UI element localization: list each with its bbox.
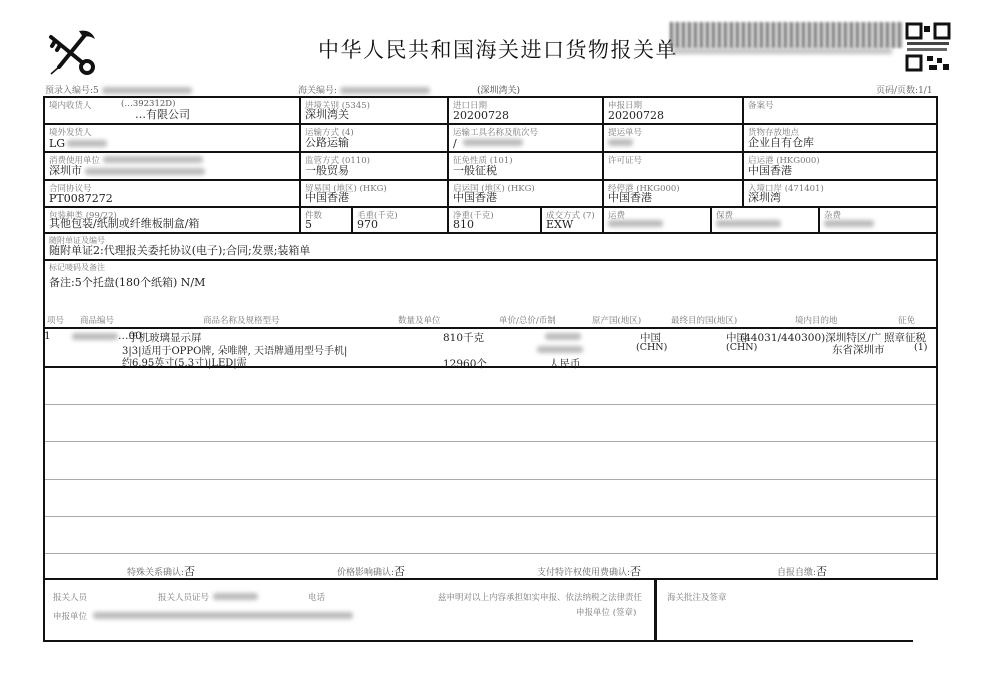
item-qty-2: 12960个 [443, 356, 487, 371]
trade-country-cell: 贸易国 (地区) (HKG) 中国香港 [301, 181, 447, 206]
barcode-icon [670, 22, 902, 48]
transit-port-cell: 经停港 (HKG000) 中国香港 [604, 181, 742, 206]
record-no-cell: 备案号 [744, 98, 936, 123]
col-quantity: 数量及单位 [398, 314, 441, 326]
license-cell: 许可证号 [604, 153, 742, 179]
royalty-confirm: 支付特许权使用费确认:否 [537, 563, 641, 579]
misc-fee-cell: 杂费 [820, 208, 936, 232]
china-customs-emblem-icon [45, 27, 97, 75]
net-weight-cell: 净重(千克) 810 [449, 208, 540, 232]
transport-mode-cell: 运输方式 (4) 公路运输 [301, 125, 447, 151]
bill-no-cell: 提运单号 [604, 125, 742, 151]
shipper-cell: 境外发货人 LG [45, 125, 299, 151]
col-tax: 征免 [898, 314, 915, 326]
trade-terms-cell: 成交方式 (7) EXW [542, 208, 602, 232]
col-code: 商品编号 [80, 314, 114, 326]
declare-date-cell: 申报日期 20200728 [604, 98, 742, 123]
col-origin: 原产国(地区) [592, 314, 641, 326]
customs-number: 海关编号: [298, 83, 430, 96]
item-qty-1: 810千克 [443, 330, 484, 345]
col-price: 单价/总价/币制 [499, 314, 556, 326]
item-currency: 人民币 [549, 356, 581, 371]
customs-approval-section: 海关批注及签章 [655, 578, 913, 642]
col-name-spec: 商品名称及规格型号 [203, 314, 280, 326]
departure-port-cell: 启运港 (HKG000) 中国香港 [744, 153, 936, 179]
supervision-cell: 监管方式 (0110) 一般贸易 [301, 153, 447, 179]
declarant-section: 报关人员 报关人员证号 电话 兹申明对以上内容承担如实申报、依法纳税之法律责任 … [43, 578, 656, 642]
self-report-confirm: 自报自缴:否 [777, 563, 827, 579]
pieces-cell: 件数 5 [301, 208, 351, 232]
tax-nature-cell: 征免性质 (101) 一般征税 [449, 153, 602, 179]
documents-cell: 随附单证及编号 随附单证2:代理报关委托协议(电子);合同;发票;装箱单 [45, 234, 936, 259]
consignee-cell: 境内收货人 (…392312D) …有限公司 [45, 98, 299, 123]
col-item-no: 项号 [47, 314, 64, 326]
gross-weight-cell: 毛重(千克) 970 [353, 208, 447, 232]
origin-country-cell: 启运国 (地区) (HKG) 中国香港 [449, 181, 602, 206]
pre-entry-number: 预录入编号:5 [45, 83, 192, 96]
form-title: 中华人民共和国海关进口货物报关单 [318, 34, 678, 64]
freight-cell: 运费 [604, 208, 710, 232]
col-destination: 最终目的国(地区) [671, 314, 737, 326]
item-domestic-dest-2: 东省深圳市 [832, 342, 885, 357]
entry-point-cell: 入境口岸 (471401) 深圳湾 [744, 181, 936, 206]
vehicle-cell: 运输工具名称及航次号 / [449, 125, 602, 151]
item-spec-2: 约6.95英寸(5.3寸)|LED|需 [122, 354, 247, 369]
import-date-cell: 进口日期 20200728 [449, 98, 602, 123]
storage-cell: 货物存放地点 企业自有仓库 [744, 125, 936, 151]
insurance-cell: 保费 [712, 208, 818, 232]
special-relation-confirm: 特殊关系确认:否 [127, 563, 195, 579]
qr-code-icon [905, 22, 951, 72]
packing-cell: 包装种类 (99/22) 其他包装/纸制或纤维板制盒/箱 [45, 208, 299, 232]
col-domestic-dest: 境内目的地 [795, 314, 838, 326]
barcode-number [672, 48, 892, 54]
entry-port-cell: 进境关别 (5345) 深圳湾关 [301, 98, 447, 123]
consumer-cell: 消费使用单位 深圳市 [45, 153, 299, 179]
customs-office: (深圳湾关) [477, 83, 520, 96]
contract-cell: 合同协议号 PT0087272 [45, 181, 299, 206]
price-influence-confirm: 价格影响确认:否 [337, 563, 405, 579]
page-number: 页码/页数:1/1 [876, 83, 933, 96]
